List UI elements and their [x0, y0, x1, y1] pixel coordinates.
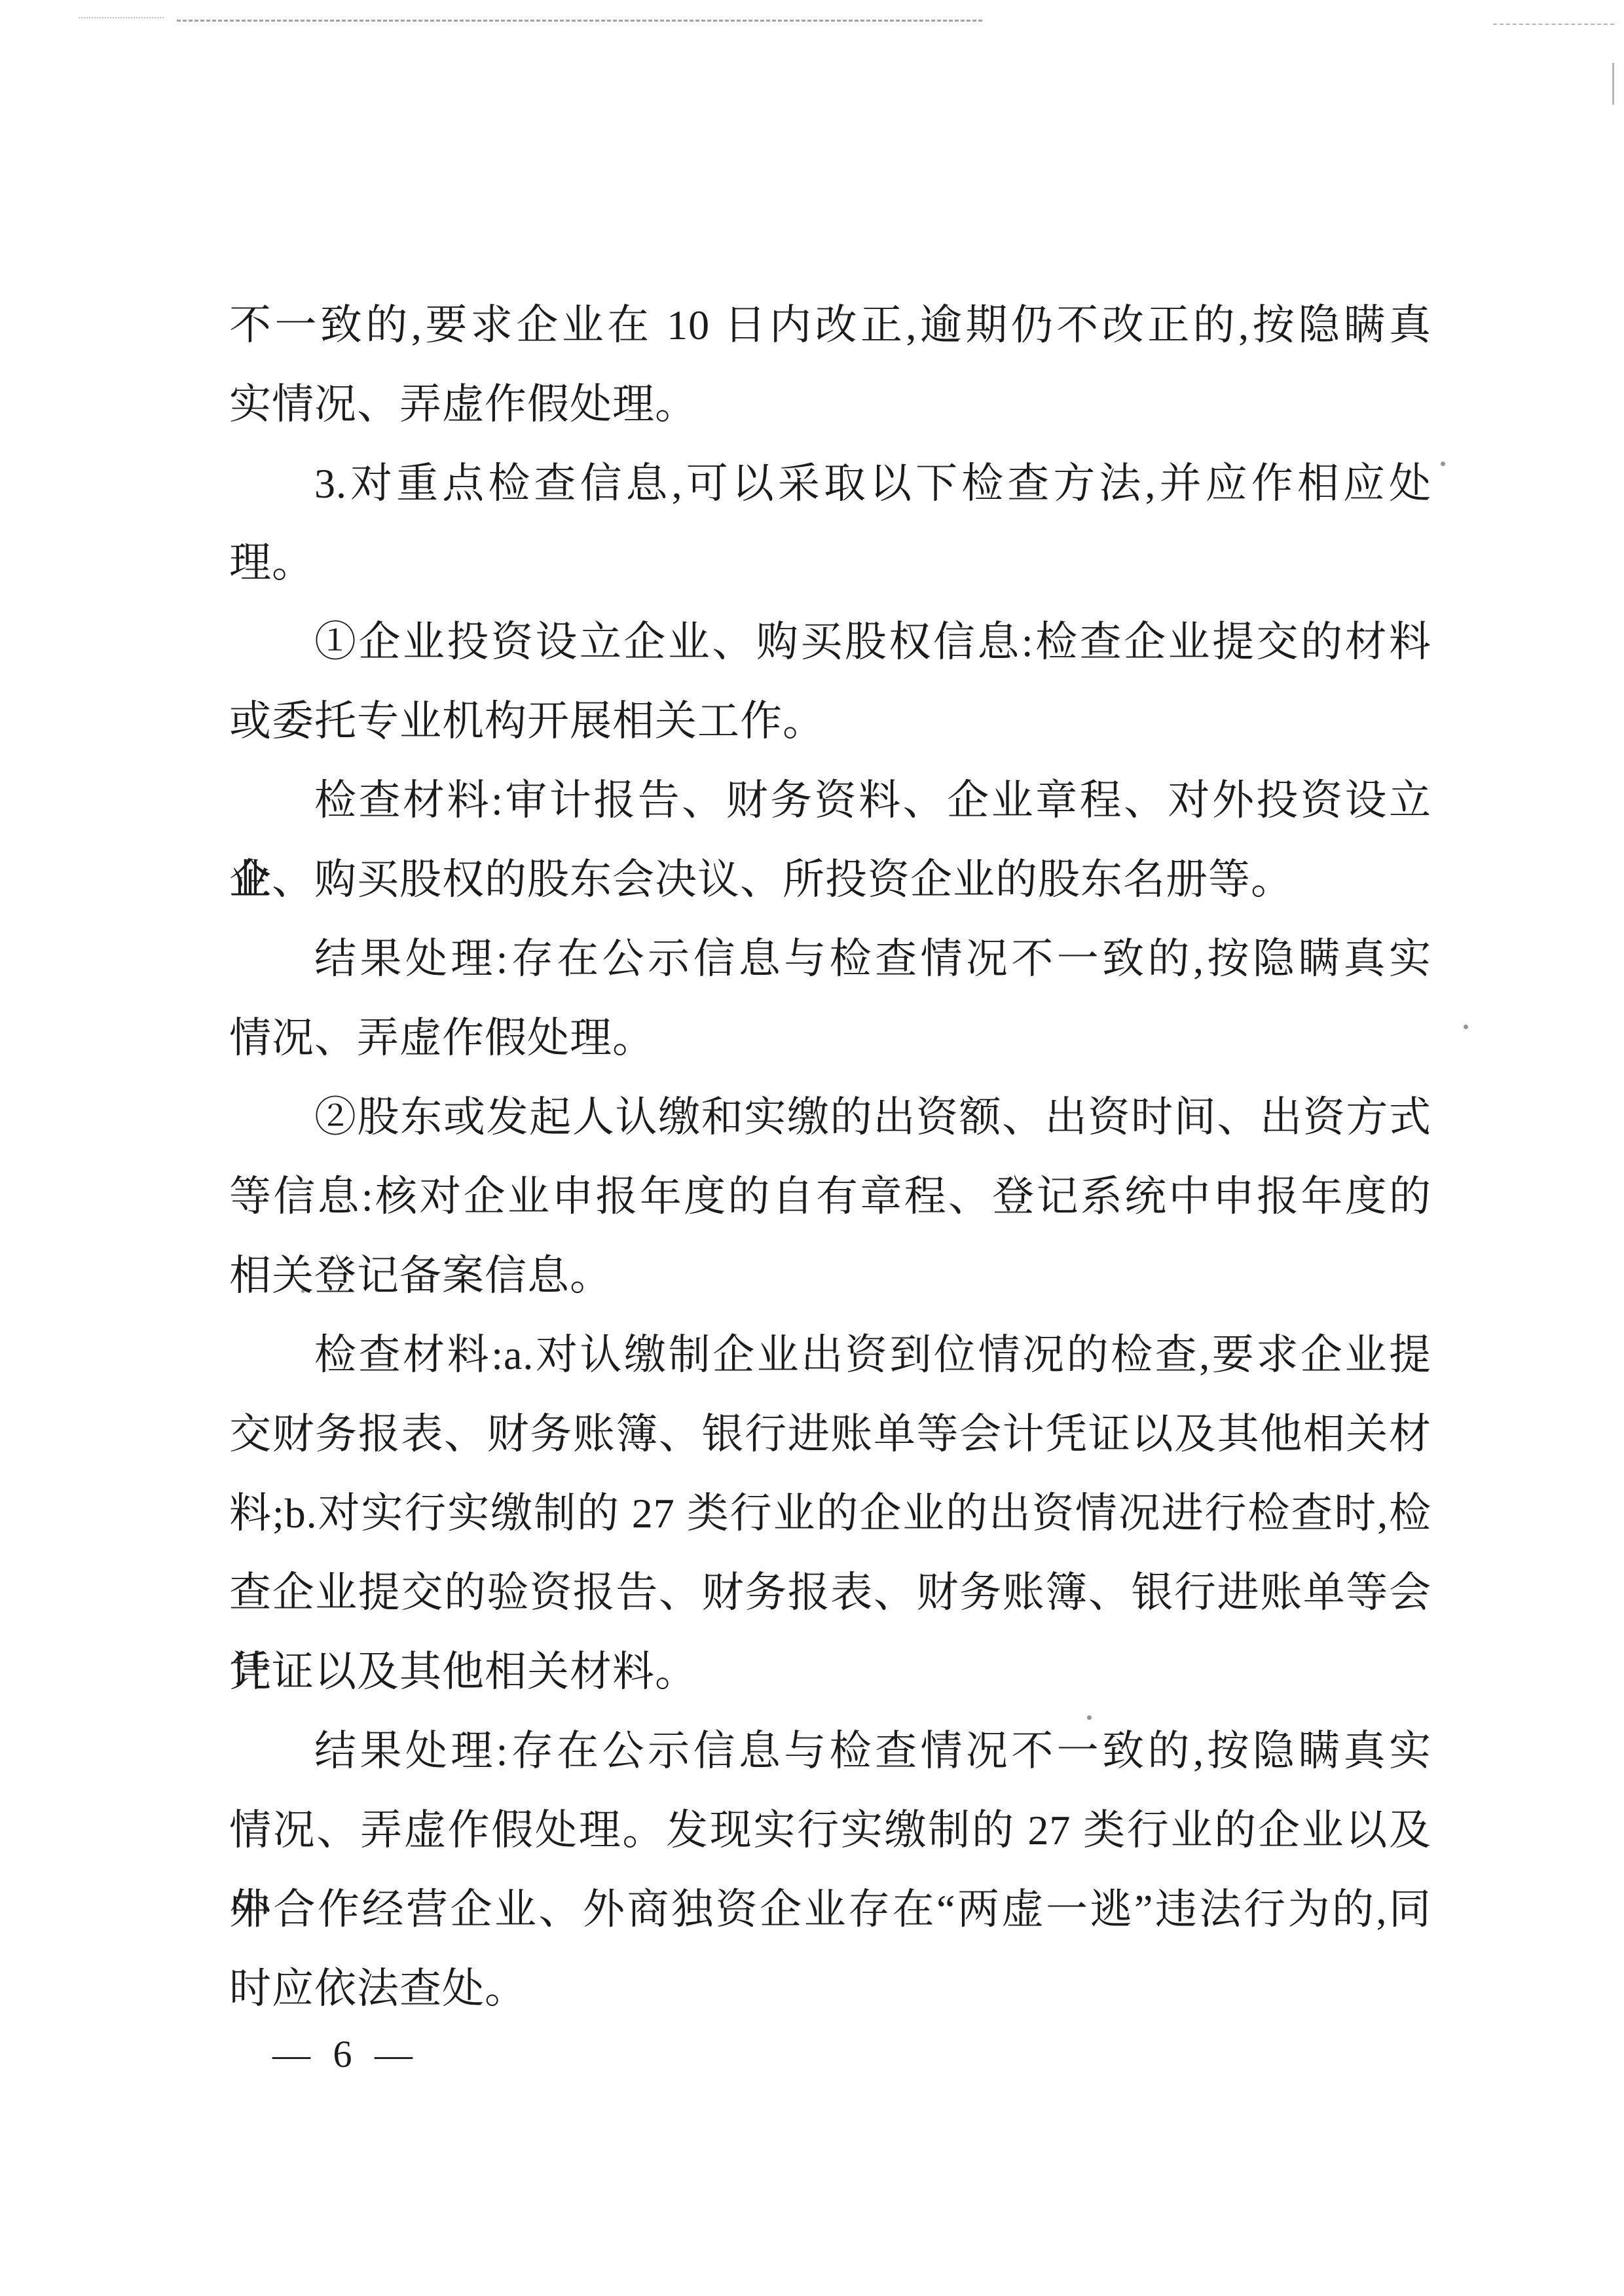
scan-artifact-dashes [79, 17, 164, 18]
paragraph: ②股东或发起人认缴和实缴的出资额、出资时间、出资方式等信息:核对企业申报年度的自… [229, 1078, 1431, 1315]
text-line: 理。 [229, 523, 1431, 602]
page-number: — 6 — [272, 2028, 419, 2081]
text-line: 外合作经营企业、外商独资企业存在“两虚一逃”违法行为的,同 [229, 1870, 1431, 1949]
text-block: 不一致的,要求企业在 10 日内改正,逾期仍不改正的,按隐瞒真实情况、弄虚作假处… [229, 285, 1431, 2028]
text-line: 结果处理:存在公示信息与检查情况不一致的,按隐瞒真实 [229, 919, 1431, 998]
paragraph: 3.对重点检查信息,可以采取以下检查方法,并应作相应处理。 [229, 444, 1431, 602]
text-line: 情况、弄虚作假处理。发现实行实缴制的 27 类行业的企业以及中 [229, 1791, 1431, 1870]
paragraph: 结果处理:存在公示信息与检查情况不一致的,按隐瞒真实情况、弄虚作假处理。 [229, 919, 1431, 1078]
scan-artifact-right-dashes [1493, 24, 1614, 25]
text-line: ①企业投资设立企业、购买股权信息:检查企业提交的材料 [229, 602, 1431, 682]
text-line: 实情况、弄虚作假处理。 [229, 365, 1431, 444]
text-line: 料;b.对实行实缴制的 27 类行业的企业的出资情况进行检查时,检 [229, 1474, 1431, 1553]
text-line: 查企业提交的验资报告、财务报表、财务账簿、银行进账单等会计 [229, 1553, 1431, 1632]
scan-artifact-edge-tick [1612, 63, 1614, 105]
document-page: 不一致的,要求企业在 10 日内改正,逾期仍不改正的,按隐瞒真实情况、弄虚作假处… [0, 0, 1624, 2296]
paragraph: 检查材料:审计报告、财务资料、企业章程、对外投资设立企业、购买股权的股东会决议、… [229, 761, 1431, 919]
text-line: 交财务报表、财务账簿、银行进账单等会计凭证以及其他相关材 [229, 1394, 1431, 1474]
text-line: 业、购买股权的股东会决议、所投资企业的股东名册等。 [229, 840, 1431, 919]
scan-noise-dot [1441, 462, 1445, 466]
text-line: 相关登记备案信息。 [229, 1236, 1431, 1315]
text-line: 结果处理:存在公示信息与检查情况不一致的,按隐瞒真实 [229, 1711, 1431, 1791]
text-line: 不一致的,要求企业在 10 日内改正,逾期仍不改正的,按隐瞒真 [229, 285, 1431, 365]
scan-noise-dot [1464, 1025, 1468, 1029]
text-line: 或委托专业机构开展相关工作。 [229, 682, 1431, 761]
scan-artifact-top-line [177, 20, 982, 22]
text-line: 检查材料:审计报告、财务资料、企业章程、对外投资设立企 [229, 761, 1431, 840]
paragraph: 不一致的,要求企业在 10 日内改正,逾期仍不改正的,按隐瞒真实情况、弄虚作假处… [229, 285, 1431, 444]
text-line: 时应依法查处。 [229, 1949, 1431, 2028]
paragraph: ①企业投资设立企业、购买股权信息:检查企业提交的材料或委托专业机构开展相关工作。 [229, 602, 1431, 761]
paragraph: 结果处理:存在公示信息与检查情况不一致的,按隐瞒真实情况、弄虚作假处理。发现实行… [229, 1711, 1431, 2028]
text-line: 3.对重点检查信息,可以采取以下检查方法,并应作相应处 [229, 444, 1431, 523]
paragraph: 检查材料:a.对认缴制企业出资到位情况的检查,要求企业提交财务报表、财务账簿、银… [229, 1315, 1431, 1711]
text-line: 凭证以及其他相关材料。 [229, 1632, 1431, 1711]
text-line: ②股东或发起人认缴和实缴的出资额、出资时间、出资方式 [229, 1078, 1431, 1157]
text-line: 情况、弄虚作假处理。 [229, 998, 1431, 1078]
text-line: 检查材料:a.对认缴制企业出资到位情况的检查,要求企业提 [229, 1315, 1431, 1394]
text-line: 等信息:核对企业申报年度的自有章程、登记系统中申报年度的 [229, 1157, 1431, 1236]
